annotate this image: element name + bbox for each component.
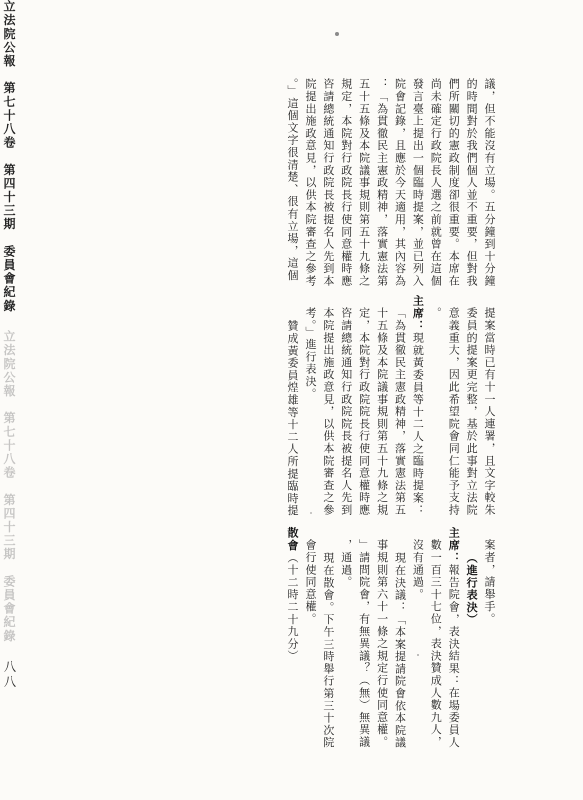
column-text: 尚未確定行政院長人選之前就曾在這個	[429, 78, 442, 287]
bold-heading: 散會	[286, 527, 299, 552]
text-column: 案者，請舉手。	[480, 527, 498, 749]
text-column: 主席：報告院會，表決結果：在場委員人	[444, 527, 462, 749]
column-text: 規定，本院對行政院長行使同意權時應	[340, 78, 353, 287]
column-text: 數一百三十七位，表決贊成人數九人，	[429, 539, 442, 748]
text-column: ：「為貫徹民主憲政精神，落實憲法第	[373, 66, 391, 288]
column-text: 五十五條及本院議事規則第五十九條之	[358, 78, 371, 287]
column-text: 十五條及本院議事規則第五十九條之規	[376, 307, 389, 516]
text-column: 主席：現就黃委員等十二人之臨時提案：	[408, 295, 426, 517]
column-text: 本院提出施政意見，以供本院審查之參	[322, 307, 335, 516]
column-text: ，通過。	[340, 539, 353, 588]
text-column: 咨請總統通知行政院長被提名人先到本	[319, 66, 337, 288]
text-column: 事規則第六十一條之規定行使同意權。	[373, 527, 391, 749]
register-top: 議，但不能沒有立場。五分鐘到十分鐘的時間對於我們個人並不重要，但對我們所關切的憲…	[282, 66, 498, 288]
column-text: 咨請總統通知行政院長被提名人先到本	[322, 78, 335, 287]
text-column: 數一百三十七位，表決贊成人數九人，	[426, 527, 444, 749]
text-column: 沒有通過。	[408, 527, 426, 749]
column-text: 考。」進行表決。	[304, 307, 317, 400]
column-text: 現在決議：「本案提請院會依本院議	[393, 552, 406, 749]
page-number: 八八	[0, 660, 18, 700]
column-text: 議，但不能沒有立場。五分鐘到十分鐘	[483, 78, 496, 287]
text-column: 。」這個文字很清楚、很有立場，這個	[283, 66, 301, 288]
text-column: 意義重大，因此希望院會同仁能予支持	[444, 295, 462, 517]
text-column: 尚未確定行政院長人選之前就曾在這個	[426, 66, 444, 288]
column-text: 的時間對於我們個人並不重要，但對我	[465, 78, 478, 287]
text-column: 議，但不能沒有立場。五分鐘到十分鐘	[480, 66, 498, 288]
column-text: 咨請總統通知行政院院長被提名人先到	[340, 307, 353, 516]
register-middle: 提案當時已有十一人連署，且文字較朱委員的提案更完整，基於此事對立法院意義重大，因…	[282, 295, 498, 517]
column-text: 沒有通過。	[411, 539, 424, 601]
column-text: 案者，請舉手。	[483, 539, 496, 625]
text-column: 現在決議：「本案提請院會依本院議	[391, 527, 409, 749]
text-column: 考。」進行表決。	[301, 295, 319, 517]
scan-speck	[310, 512, 312, 514]
text-column: 贊成黃委員煌雄等十二人所提臨時提	[283, 295, 301, 517]
scan-speck	[335, 32, 339, 36]
text-column: 現在散會。下午三時舉行第三十次院	[319, 527, 337, 749]
column-text: 「為貫徹民主憲政精神，落實憲法第五	[393, 307, 406, 516]
column-text: 現就黃委員等十二人之臨時提案：	[411, 332, 424, 517]
column-text: 」請問院會，有無異議？（無）無異議	[358, 539, 371, 748]
text-column: 提案當時已有十一人連署，且文字較朱	[480, 295, 498, 517]
column-text: 贊成黃委員煌雄等十二人所提臨時提	[286, 320, 299, 517]
column-text: 定，本院對行政院院長行使同意權時應	[358, 307, 371, 516]
column-text: （十二時二十九分）	[286, 552, 299, 663]
text-column: ，通過。	[337, 527, 355, 749]
speaker-name: 主席：	[411, 295, 424, 332]
header-ink-offset-ghost: 立法院公報 第七十八卷 第四十三期 委員會紀錄	[0, 330, 17, 660]
text-column: 散會（十二時二十九分）	[283, 527, 301, 749]
page-header-title: 立法院公報 第七十八卷 第四十三期 委員會紀錄	[0, 0, 17, 330]
text-column: 五十五條及本院議事規則第五十九條之	[355, 66, 373, 288]
column-text: 提案當時已有十一人連署，且文字較朱	[483, 307, 496, 516]
column-text: 意義重大，因此希望院會同仁能予支持	[447, 307, 460, 516]
text-column: 委員的提案更完整，基於此事對立法院	[462, 295, 480, 517]
text-column: 十五條及本院議事規則第五十九條之規	[373, 295, 391, 517]
text-column: 院提出施政意見，以供本院審查之參考	[301, 66, 319, 288]
register-bottom: 案者，請舉手。（進行表決）主席：報告院會，表決結果：在場委員人數一百三十七位，表…	[282, 527, 498, 749]
scan-speck	[417, 654, 419, 656]
column-text: ：「為貫徹民主憲政精神，落實憲法第	[376, 78, 389, 287]
column-text: 發言臺上提出一個臨時提案，並已列入	[411, 78, 424, 287]
text-column: 。	[426, 295, 444, 517]
column-text: 院會記錄，且應於今天適用，其內容為	[393, 78, 406, 287]
text-column: 本院提出施政意見，以供本院審查之參	[319, 295, 337, 517]
column-text: 事規則第六十一條之規定行使同意權。	[376, 539, 389, 748]
text-column: 的時間對於我們個人並不重要，但對我	[462, 66, 480, 288]
text-column: 會行使同意權。	[301, 527, 319, 749]
column-text: 院提出施政意見，以供本院審查之參考	[304, 78, 317, 287]
speaker-name: 主席：	[447, 527, 460, 564]
stage-direction-column: （進行表決）	[462, 527, 480, 749]
text-column: 定，本院對行政院院長行使同意權時應	[355, 295, 373, 517]
gazette-page: 立法院公報 第七十八卷 第四十三期 委員會紀錄 立法院公報 第七十八卷 第四十三…	[0, 0, 583, 800]
column-text: 報告院會，表決結果：在場委員人	[447, 564, 460, 749]
column-text: 。」這個文字很清楚、很有立場，這個	[286, 78, 299, 282]
column-text: 現在散會。下午三時舉行第三十次院	[322, 552, 335, 749]
text-column: 發言臺上提出一個臨時提案，並已列入	[408, 66, 426, 288]
column-text: 們所關切的憲政制度卻很重要。本席在	[447, 78, 460, 287]
text-column: 們所關切的憲政制度卻很重要。本席在	[444, 66, 462, 288]
column-text: 。	[429, 307, 442, 319]
text-column: 院會記錄，且應於今天適用，其內容為	[391, 66, 409, 288]
column-text: 委員的提案更完整，基於此事對立法院	[465, 307, 478, 516]
bold-heading: （進行表決）	[465, 552, 478, 626]
text-column: 「為貫徹民主憲政精神，落實憲法第五	[391, 295, 409, 517]
text-column: 規定，本院對行政院長行使同意權時應	[337, 66, 355, 288]
text-column: 咨請總統通知行政院院長被提名人先到	[337, 295, 355, 517]
text-column: 」請問院會，有無異議？（無）無異議	[355, 527, 373, 749]
column-text: 會行使同意權。	[304, 539, 317, 625]
